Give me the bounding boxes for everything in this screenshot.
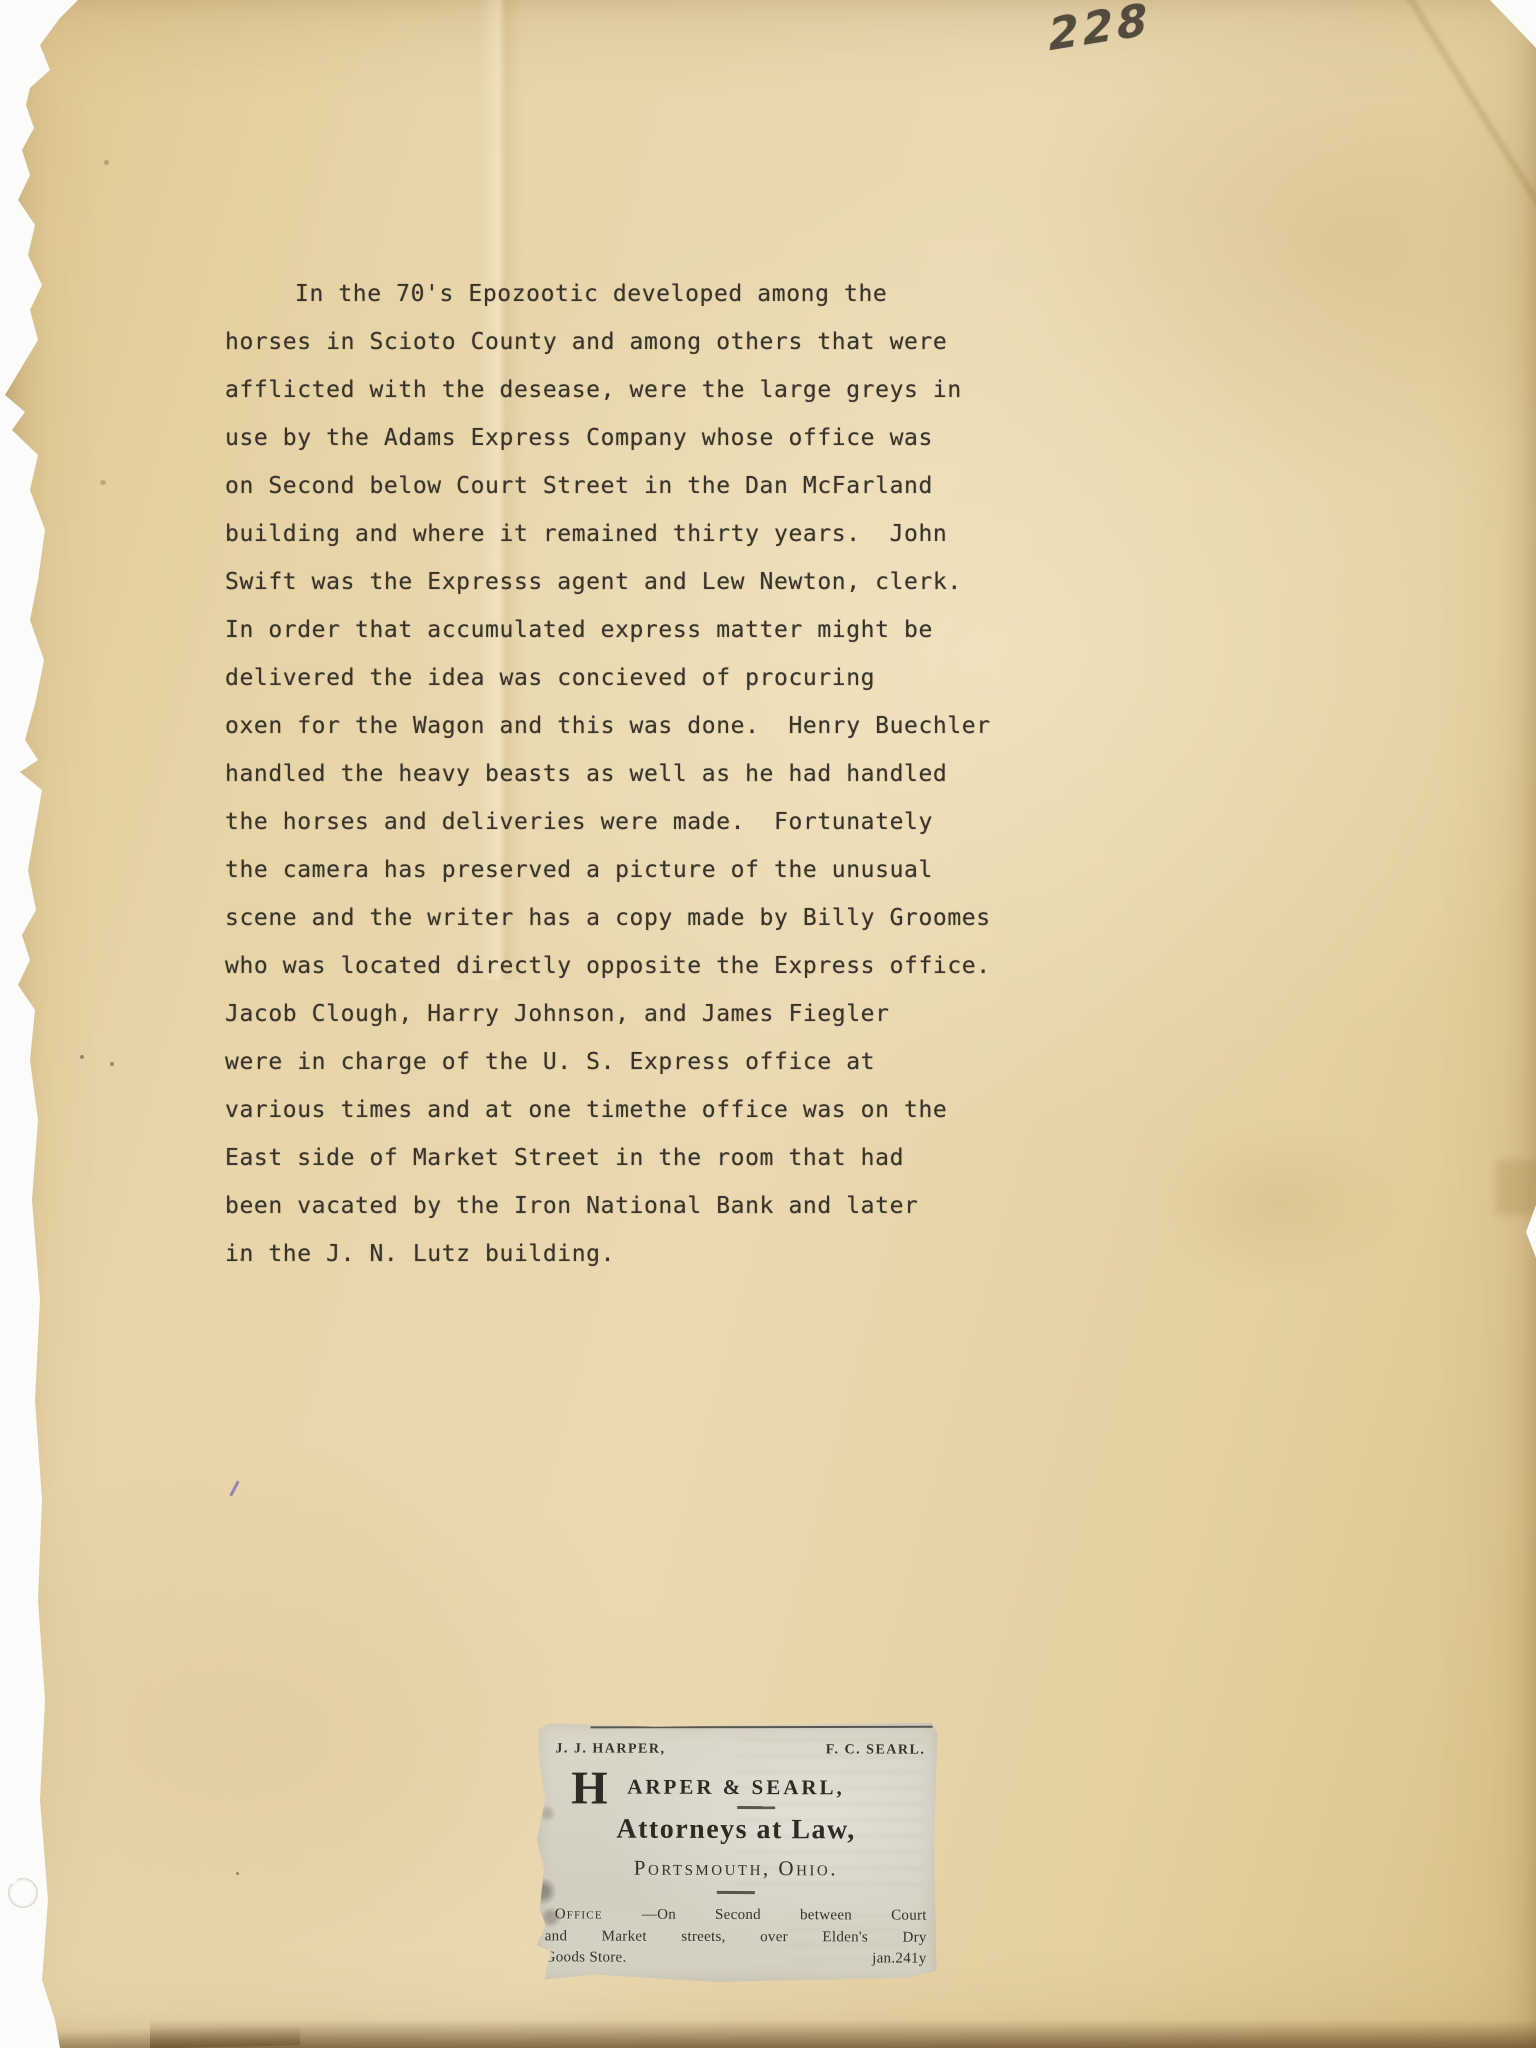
clipping-divider-rule (737, 1806, 775, 1809)
scanned-page: 228 In the 70's Epozootic developed amon… (0, 0, 1536, 2048)
newspaper-clipping: J. J. HARPER, F. C. SEARL. H ARPER & SEA… (535, 1721, 938, 1982)
clipping-date-code: jan.241y (872, 1948, 927, 1970)
clipping-office-note: Office —On Second between Court and Mark… (545, 1904, 927, 1970)
paper-speck (100, 480, 106, 485)
typed-line: Swift was the Expresss agent and Lew New… (225, 558, 985, 606)
typed-line: In the 70's Epozootic developed among th… (225, 270, 985, 318)
paper-stain (1150, 1120, 1410, 1290)
typed-line: various times and at one timethe office … (225, 1086, 985, 1134)
paper-crease-top-right (1390, 0, 1536, 230)
paper-speck (80, 1055, 84, 1059)
clipping-title: Attorneys at Law, (535, 1813, 937, 1846)
typed-line: on Second below Court Street in the Dan … (225, 462, 985, 510)
paper-speck (236, 1872, 239, 1875)
clipping-office-label: Office (555, 1906, 603, 1922)
clipping-firm-dropcap: H (571, 1765, 608, 1812)
typed-line: handled the heavy beasts as well as he h… (225, 750, 985, 798)
typed-line: Jacob Clough, Harry Johnson, and James F… (225, 990, 985, 1038)
typed-line: afflicted with the desease, were the lar… (225, 366, 985, 414)
typed-line: in the J. N. Lutz building. (225, 1230, 985, 1278)
margin-mark (6, 1068, 17, 1090)
paper-crease-right-edge (1496, 1160, 1536, 1215)
typed-line: scene and the writer has a copy made by … (225, 894, 985, 942)
handwritten-page-number: 228 (1047, 0, 1152, 61)
clipping-divider-rule (717, 1891, 755, 1894)
typed-line: were in charge of the U. S. Express offi… (225, 1038, 985, 1086)
typed-line: been vacated by the Iron National Bank a… (225, 1182, 985, 1230)
clipping-office-line: and Market streets, over Elden's Dry (545, 1926, 927, 1949)
paper-speck (240, 1258, 243, 1261)
typed-line: building and where it remained thirty ye… (225, 510, 985, 558)
margin-pen-tick (229, 1480, 240, 1496)
typed-line: oxen for the Wagon and this was done. He… (225, 702, 985, 750)
typed-line: In order that accumulated express matter… (225, 606, 985, 654)
typed-line: the horses and deliveries were made. For… (225, 798, 985, 846)
clipping-partner-left: J. J. HARPER, (555, 1741, 665, 1757)
clipping-firm-name: ARPER & SEARL, (627, 1775, 845, 1801)
typed-line: horses in Scioto County and among others… (225, 318, 985, 366)
clipping-partner-names: J. J. HARPER, F. C. SEARL. (555, 1741, 925, 1758)
typed-line: use by the Adams Express Company whose o… (225, 414, 985, 462)
clipping-top-rule (590, 1726, 932, 1729)
paper-speck (104, 160, 109, 165)
punch-hole (8, 1878, 38, 1908)
paper-speck (110, 1062, 114, 1066)
margin-mark (6, 1132, 17, 1154)
clipping-office-line: Goods Store. jan.241y (545, 1947, 927, 1970)
typed-line: East side of Market Street in the room t… (225, 1134, 985, 1182)
clipping-partner-right: F. C. SEARL. (826, 1742, 926, 1758)
clipping-location: Portsmouth, Ohio. (535, 1855, 937, 1881)
typed-line: the camera has preserved a picture of th… (225, 846, 985, 894)
typed-line: delivered the idea was concieved of proc… (225, 654, 985, 702)
paper-bottom-shadow (150, 2020, 1536, 2048)
paper-bottom-shadow-left (40, 2025, 300, 2048)
typed-line: who was located directly opposite the Ex… (225, 942, 985, 990)
aged-paper-sheet: 228 In the 70's Epozootic developed amon… (0, 0, 1536, 2048)
typewritten-paragraph: In the 70's Epozootic developed among th… (225, 270, 985, 1278)
clipping-office-line: Office —On Second between Court (545, 1904, 927, 1927)
